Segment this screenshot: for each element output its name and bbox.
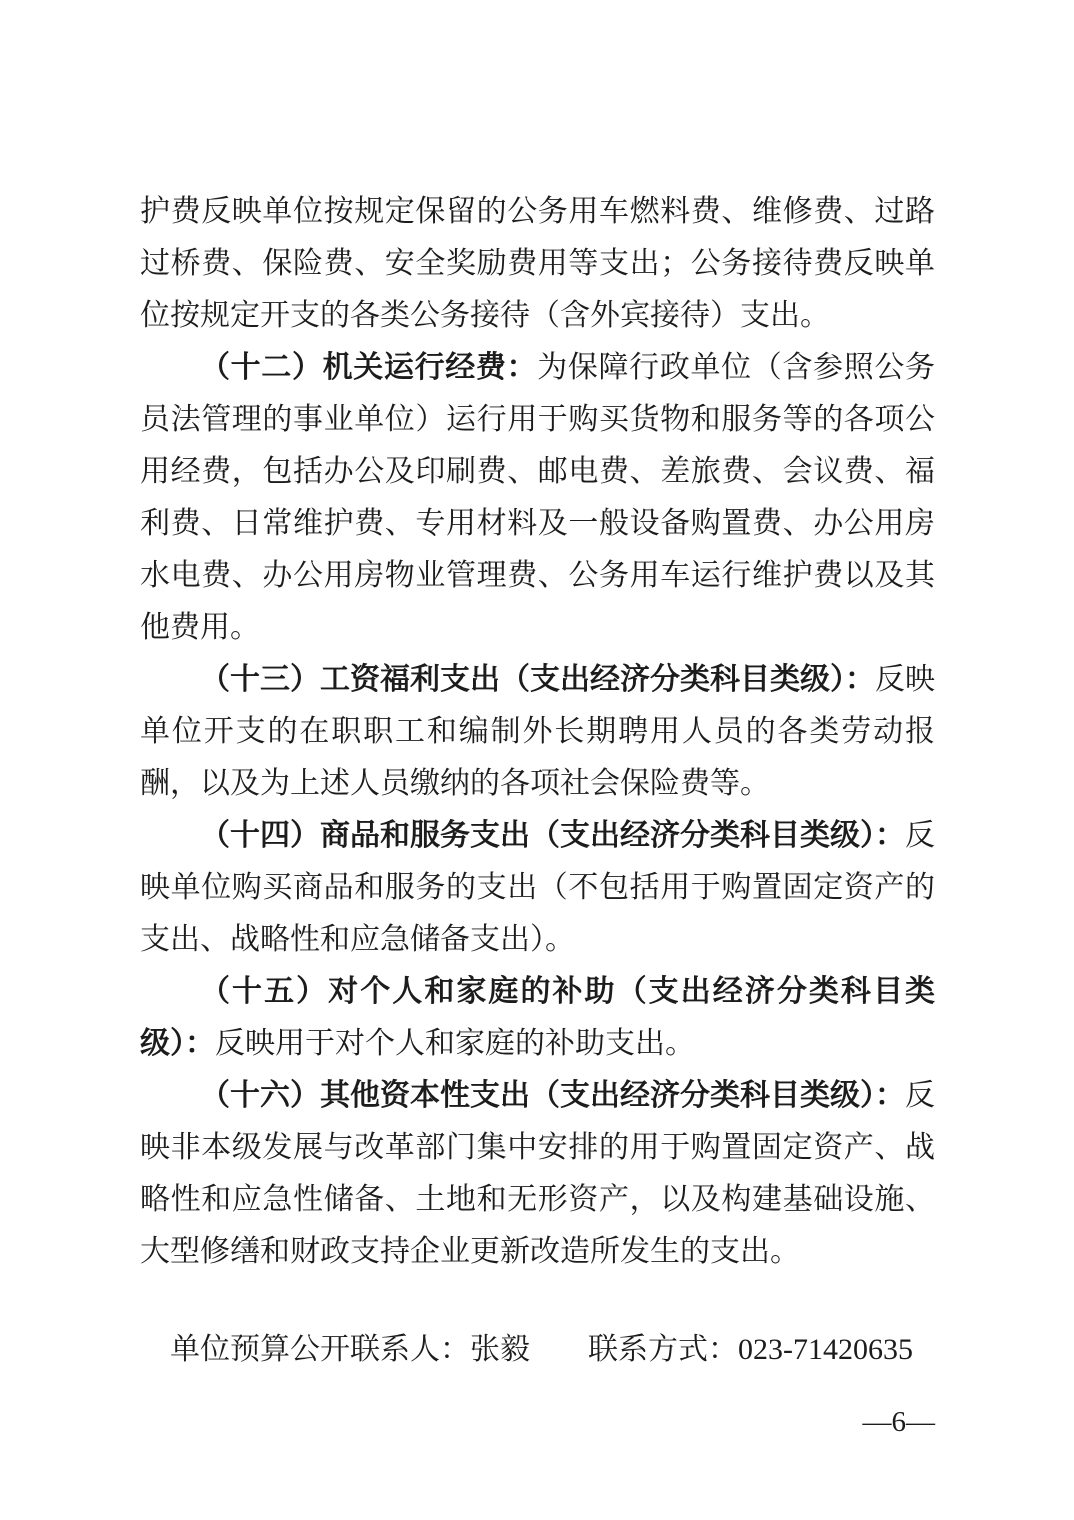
page-number-row: —6— (140, 1402, 935, 1442)
contact-phone: 023-71420635 (738, 1333, 913, 1366)
paragraph-lead: （十三）工资福利支出（支出经济分类科目类级）： (200, 663, 875, 696)
paragraph-lead: （十二）机关运行经费： (200, 351, 537, 384)
paragraph-text: 为保障行政单位（含参照公务员法管理的事业单位）运行用于购买货物和服务等的各项公用… (140, 351, 935, 644)
paragraph-text: 护费反映单位按规定保留的公务用车燃料费、维修费、过路过桥费、保险费、安全奖励费用… (140, 195, 935, 332)
contact-method-label: 联系方式： (588, 1333, 738, 1366)
paragraph-lead: （十六）其他资本性支出（支出经济分类科目类级）： (200, 1079, 905, 1112)
paragraph-continuation: 护费反映单位按规定保留的公务用车燃料费、维修费、过路过桥费、保险费、安全奖励费用… (140, 186, 935, 342)
paragraph-item-12: （十二）机关运行经费：为保障行政单位（含参照公务员法管理的事业单位）运行用于购买… (140, 342, 935, 654)
budget-contact-line: 单位预算公开联系人：张毅联系方式：023-71420635 (140, 1324, 935, 1376)
paragraph-item-16: （十六）其他资本性支出（支出经济分类科目类级）：反映非本级发展与改革部门集中安排… (140, 1070, 935, 1278)
paragraph-text: 反映用于对个人和家庭的补助支出。 (215, 1027, 695, 1060)
contact-label: 单位预算公开联系人： (170, 1333, 470, 1366)
document-page: 护费反映单位按规定保留的公务用车燃料费、维修费、过路过桥费、保险费、安全奖励费用… (0, 0, 1074, 1520)
paragraph-lead: （十四）商品和服务支出（支出经济分类科目类级）： (200, 819, 905, 852)
paragraph-item-15: （十五）对个人和家庭的补助（支出经济分类科目类级）：反映用于对个人和家庭的补助支… (140, 966, 935, 1070)
document-body: 护费反映单位按规定保留的公务用车燃料费、维修费、过路过桥费、保险费、安全奖励费用… (140, 186, 935, 1278)
paragraph-item-13: （十三）工资福利支出（支出经济分类科目类级）：反映单位开支的在职职工和编制外长期… (140, 654, 935, 810)
page-number: —6— (863, 1406, 936, 1438)
contact-name: 张毅 (470, 1333, 530, 1366)
paragraph-item-14: （十四）商品和服务支出（支出经济分类科目类级）：反映单位购买商品和服务的支出（不… (140, 810, 935, 966)
